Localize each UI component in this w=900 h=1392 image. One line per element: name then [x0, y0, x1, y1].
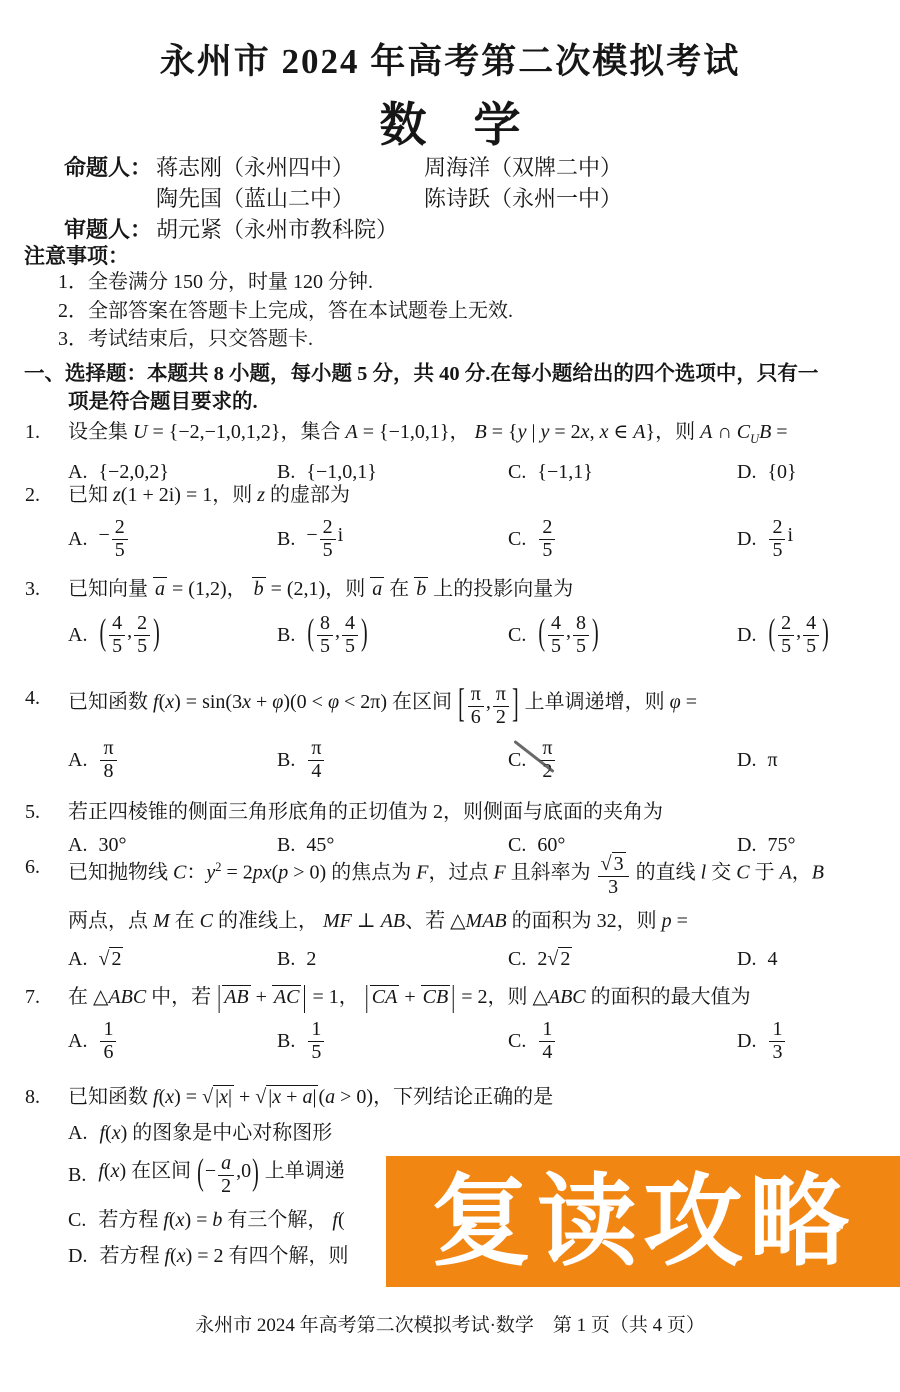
option-content: 若方程 f(x) = 2 有四个解，则: [99, 1242, 348, 1270]
question-stem-line-2: 两点，点 M 在 C 的准线上， MF ⊥ AB、若 △MAB 的面积为 32，…: [68, 907, 892, 935]
option-c: C.(45,85): [508, 613, 737, 657]
option-b: B.−25i: [277, 517, 508, 561]
option-d: D.13: [737, 1019, 892, 1063]
question-number: 8.: [25, 1083, 40, 1111]
question-7: 7. 在 △ABC 中，若 |AB + AC| = 1， |CA + CB| =…: [0, 983, 892, 1063]
question-options: A.−25 B.−25i C.25 D.25i: [68, 517, 892, 561]
page-footer: 永州市 2024 年高考第二次模拟考试·数学 第 1 页（共 4 页）: [0, 1310, 900, 1337]
option-content: 13: [767, 1019, 787, 1063]
option-content: (45,25): [98, 613, 160, 657]
subject-title: 数 学: [0, 88, 900, 155]
question-options: A.16 B.15 C.14 D.13: [68, 1019, 892, 1063]
option-content: 若方程 f(x) = b 有三个解， f(: [98, 1206, 344, 1234]
question-number: 5.: [25, 798, 40, 826]
option-content: −25: [98, 517, 129, 561]
option-a: A.16: [68, 1019, 277, 1063]
option-b: B.π4: [277, 738, 508, 782]
option-content: (25,45): [767, 613, 829, 657]
option-content: π: [767, 746, 777, 774]
option-b: B.(85,45): [277, 613, 508, 657]
question-number: 4.: [25, 684, 40, 712]
option-content: 2: [306, 945, 316, 973]
option-content: √2: [98, 945, 123, 973]
option-a: A.−25: [68, 517, 277, 561]
exam-title: 永州市 2024 年高考第二次模拟考试: [0, 34, 900, 84]
notice-item: 1．全卷满分 150 分，时量 120 分钟.: [58, 268, 900, 297]
option-d: D.25i: [737, 517, 892, 561]
option-c: C.2√2: [508, 945, 737, 973]
option-content: π4: [306, 738, 326, 782]
option-content: (85,45): [306, 613, 368, 657]
question-stem: 已知 z(1 + 2i) = 1，则 z 的虚部为: [68, 481, 892, 509]
setters-row-2: 陶先国（蓝山二中） 陈诗跃（永州一中）: [64, 183, 900, 214]
setters-label: 命题人：: [64, 152, 156, 183]
option-a: A.(45,25): [68, 613, 277, 657]
question-stem: 已知向量 a = (1,2)， b = (2,1)，则 a 在 b 上的投影向量…: [68, 575, 892, 603]
question-1: 1. 设全集 U = {−2,−1,0,1,2}，集合 A = {−1,0,1}…: [0, 418, 892, 486]
option-content: π8: [98, 738, 118, 782]
option-content: 4: [767, 945, 777, 973]
question-6: 6. 已知抛物线 C：y2 = 2px(p > 0) 的焦点为 F，过点 F 且…: [0, 853, 892, 973]
section-heading-line: 一、选择题：本题共 8 小题，每小题 5 分，共 40 分.在每小题给出的四个选…: [0, 360, 888, 388]
question-options: A.π8 B.π4 C.π2 D.π: [68, 738, 892, 782]
option-a: A.f(x) 的图象是中心对称图形: [68, 1119, 892, 1147]
overlay-ad-banner: 复读攻略: [386, 1156, 900, 1287]
setter-name: 陶先国（蓝山二中）: [156, 183, 424, 214]
setter-name: 蒋志刚（永州四中）: [156, 152, 424, 183]
option-content: 25: [537, 517, 557, 561]
question-options: A.√2 B.2 C.2√2 D.4: [68, 945, 892, 973]
option-a: A.√2: [68, 945, 277, 973]
option-content: f(x) 的图象是中心对称图形: [99, 1119, 332, 1147]
option-content: 25i: [767, 517, 793, 561]
option-content: 2√2: [537, 945, 572, 973]
option-d: D.4: [737, 945, 892, 973]
option-content: 15: [306, 1019, 326, 1063]
option-c: C.14: [508, 1019, 737, 1063]
question-number: 7.: [25, 983, 40, 1011]
setters-row-1: 命题人： 蒋志刚（永州四中） 周海洋（双牌二中）: [64, 152, 900, 183]
question-stem: 已知函数 f(x) = sin(3x + φ)(0 < φ < 2π) 在区间 …: [68, 684, 892, 728]
question-options: A.(45,25) B.(85,45) C.(45,85) D.(25,45): [68, 613, 892, 657]
option-b: B.2: [277, 945, 508, 973]
option-content: 14: [537, 1019, 557, 1063]
question-stem: 设全集 U = {−2,−1,0,1,2}，集合 A = {−1,0,1}， B…: [68, 418, 892, 453]
option-content: (45,85): [537, 613, 599, 657]
option-content: 16: [98, 1019, 118, 1063]
section-1-heading: 一、选择题：本题共 8 小题，每小题 5 分，共 40 分.在每小题给出的四个选…: [0, 360, 888, 416]
question-5: 5. 若正四棱锥的侧面三角形底角的正切值为 2，则侧面与底面的夹角为 A.30°…: [0, 798, 892, 859]
notice-item: 3．考试结束后，只交答题卡.: [58, 325, 900, 354]
exam-paper-page: 永州市 2024 年高考第二次模拟考试 数 学 命题人： 蒋志刚（永州四中） 周…: [0, 0, 900, 1392]
option-d: D.π: [737, 746, 892, 774]
question-2: 2. 已知 z(1 + 2i) = 1，则 z 的虚部为 A.−25 B.−25…: [0, 481, 892, 561]
notice-list: 1．全卷满分 150 分，时量 120 分钟. 2．全部答案在答题卡上完成，答在…: [58, 268, 900, 354]
question-3: 3. 已知向量 a = (1,2)， b = (2,1)，则 a 在 b 上的投…: [0, 575, 892, 657]
question-stem: 若正四棱锥的侧面三角形底角的正切值为 2，则侧面与底面的夹角为: [68, 798, 892, 826]
setter-name: 陈诗跃（永州一中）: [424, 183, 622, 214]
option-b: B.15: [277, 1019, 508, 1063]
question-stem: 在 △ABC 中，若 |AB + AC| = 1， |CA + CB| = 2，…: [68, 983, 892, 1011]
question-number: 3.: [25, 575, 40, 603]
option-content: −25i: [306, 517, 343, 561]
option-a: A.π8: [68, 738, 277, 782]
question-number: 6.: [25, 853, 40, 881]
setter-name: 周海洋（双牌二中）: [424, 152, 622, 183]
question-stem: 已知抛物线 C：y2 = 2px(p > 0) 的焦点为 F，过点 F 且斜率为…: [68, 853, 892, 899]
question-number: 1.: [25, 418, 40, 446]
notice-heading: 注意事项：: [24, 240, 900, 270]
question-stem: 已知函数 f(x) = √|x| + √|x + a|(a > 0)，下列结论正…: [68, 1083, 892, 1111]
section-heading-line: 项是符合题目要求的.: [0, 388, 888, 416]
option-c: C.25: [508, 517, 737, 561]
question-number: 2.: [25, 481, 40, 509]
question-4: 4. 已知函数 f(x) = sin(3x + φ)(0 < φ < 2π) 在…: [0, 684, 892, 782]
paper-credits: 命题人： 蒋志刚（永州四中） 周海洋（双牌二中） 陶先国（蓝山二中） 陈诗跃（永…: [64, 152, 900, 245]
notice-item: 2．全部答案在答题卡上完成，答在本试题卷上无效.: [58, 297, 900, 326]
option-d: D.(25,45): [737, 613, 892, 657]
option-content: f(x) 在区间 (−a2,0) 上单调递: [98, 1153, 344, 1197]
